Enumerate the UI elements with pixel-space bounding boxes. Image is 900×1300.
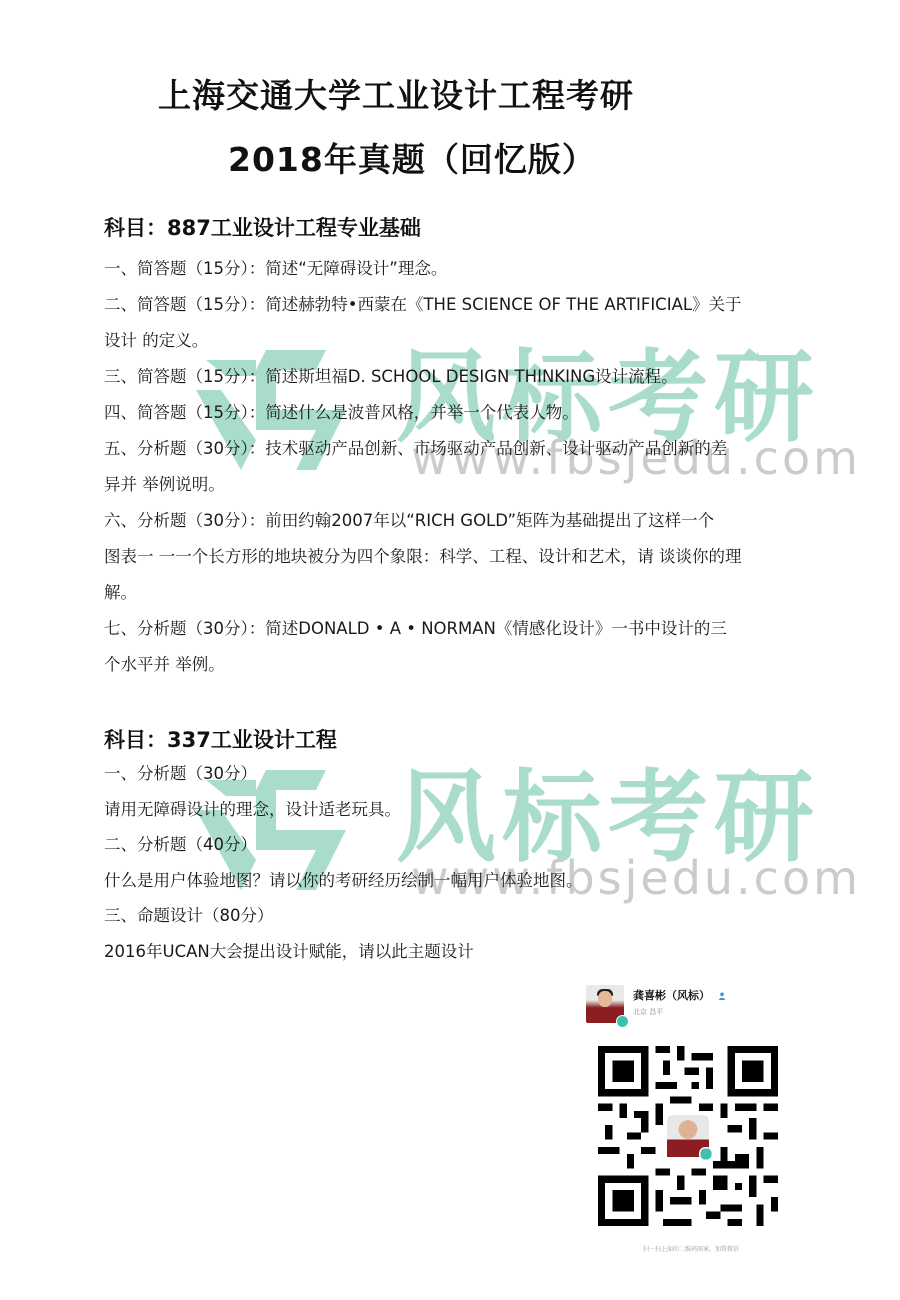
question-line: 三、简答题（15分）：简述斯坦福D. SCHOOL DESIGN THINKIN…: [104, 366, 678, 388]
question-line: 异并 举例说明。: [104, 474, 225, 496]
question-line: 什么是用户体验地图？请以你的考研经历绘制一幅用户体验地图。: [104, 870, 583, 892]
contact-location: 北京 昌平: [633, 1007, 663, 1017]
contact-card: 龚喜彬（风标） 北京 昌平: [586, 985, 786, 1033]
contact-name: 龚喜彬（风标）: [633, 989, 710, 1002]
question-line: 请用无障碍设计的理念，设计适老玩具。: [104, 799, 401, 821]
question-line: 一、简答题（15分）：简述“无障碍设计”理念。: [104, 258, 447, 280]
qr-caption: 扫一扫上面的二维码图案，加我微信: [586, 1244, 796, 1253]
question-line: 设计 的定义。: [104, 330, 208, 352]
question-line: 二、分析题（40分）: [104, 834, 257, 856]
question-line: 图表一 一一个长方形的地块被分为四个象限：科学、工程、设计和艺术，请 谈谈你的理: [104, 546, 742, 568]
document-title: 上海交通大学工业设计工程考研: [158, 76, 634, 116]
question-line: 七、分析题（30分）：简述DONALD • A • NORMAN《情感化设计》一…: [104, 618, 727, 640]
document-subtitle: 2018年真题（回忆版）: [228, 140, 596, 180]
watermark-brand-text: 风标考研: [396, 768, 820, 868]
question-line: 一、分析题（30分）: [104, 763, 257, 785]
qr-code[interactable]: [598, 1046, 778, 1226]
question-line: 个水平并 举例。: [104, 654, 225, 676]
question-line: 四、简答题（15分）：简述什么是波普风格，并举一个代表人物。: [104, 402, 579, 424]
question-line: 2016年UCAN大会提出设计赋能，请以此主题设计: [104, 941, 474, 963]
person-icon: [718, 992, 726, 1000]
verified-badge-icon: [616, 1015, 629, 1028]
question-line: 二、简答题（15分）：简述赫勃特•西蒙在《THE SCIENCE OF THE …: [104, 294, 742, 316]
watermark-brand-text: 风标考研: [396, 348, 820, 448]
question-line: 五、分析题（30分）：技术驱动产品创新、市场驱动产品创新、设计驱动产品创新的差: [104, 438, 727, 460]
section-heading-337: 科目：337工业设计工程: [104, 726, 337, 754]
question-line: 三、命题设计（80分）: [104, 905, 274, 927]
contact-name-row: 龚喜彬（风标）: [633, 987, 726, 1003]
question-line: 解。: [104, 582, 137, 604]
question-line: 六、分析题（30分）：前田约翰2007年以“RICH GOLD”矩阵为基础提出了…: [104, 510, 714, 532]
section-heading-887: 科目：887工业设计工程专业基础: [104, 214, 421, 242]
